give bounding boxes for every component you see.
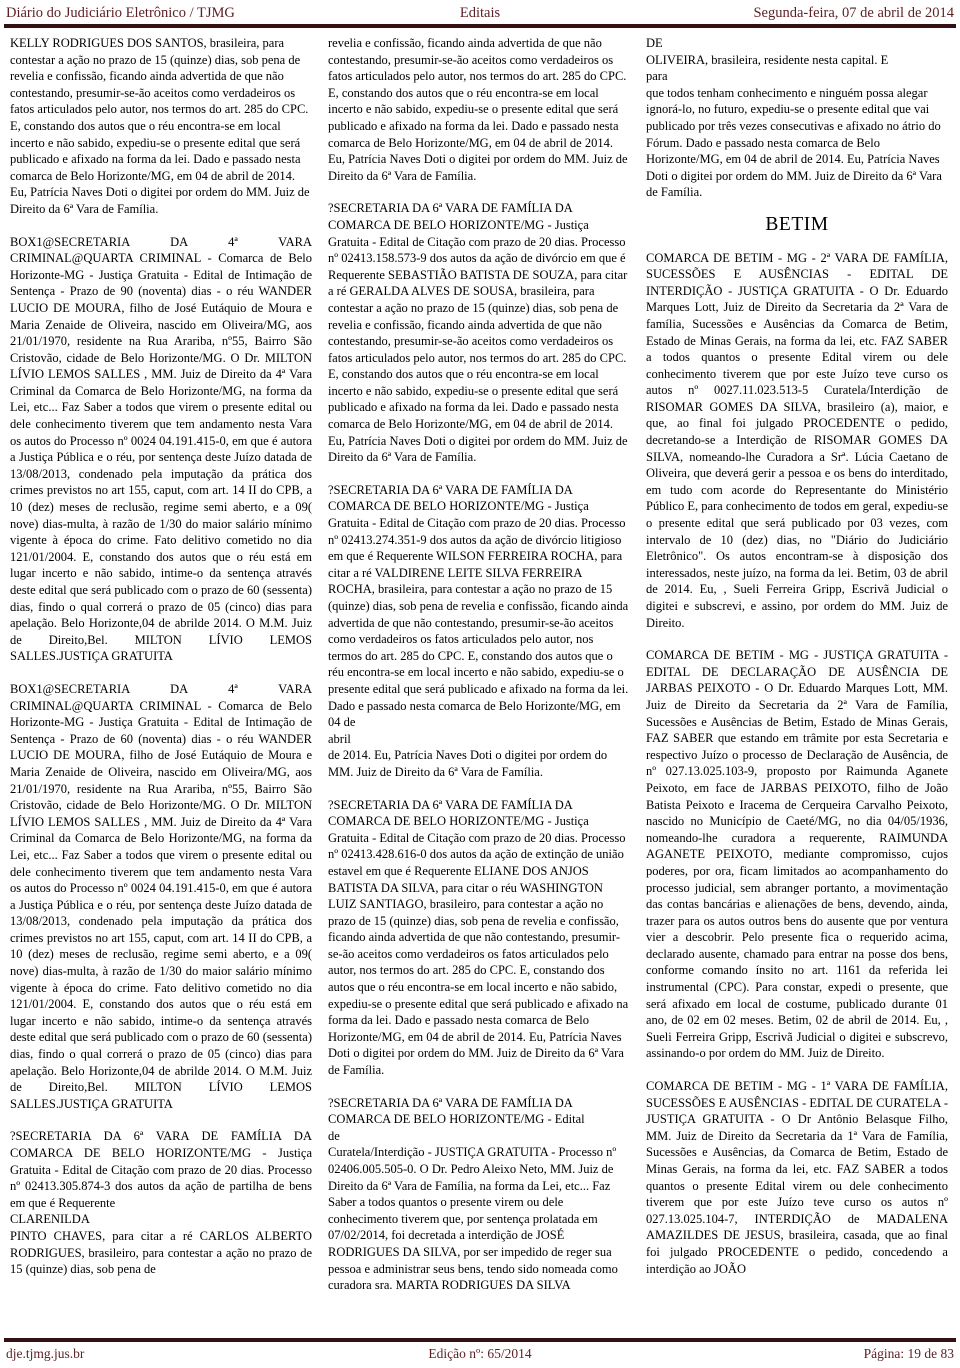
edital-text-block: revelia e confissão, ficando ainda adver… <box>328 35 630 184</box>
edital-text-block: ?SECRETARIA DA 6ª VARA DE FAMÍLIA DA COM… <box>10 1128 312 1277</box>
edital-text-block: ?SECRETARIA DA 6ª VARA DE FAMÍLIA DA COM… <box>328 797 630 1079</box>
edital-text-block: ?SECRETARIA DA 6ª VARA DE FAMÍLIA DA COM… <box>328 200 630 466</box>
edital-text-block: COMARCA DE BETIM - MG - 1ª VARA DE FAMÍL… <box>646 1078 948 1277</box>
page-number: Página: 19 de 83 <box>575 1346 954 1362</box>
edital-text-block: KELLY RODRIGUES DOS SANTOS, brasileira, … <box>10 35 312 218</box>
edital-text-block: ?SECRETARIA DA 6ª VARA DE FAMÍLIA DA COM… <box>328 1095 630 1294</box>
gazette-page: Diário do Judiciário Eletrônico / TJMG E… <box>0 0 960 1368</box>
edital-text-block: ?SECRETARIA DA 6ª VARA DE FAMÍLIA DA COM… <box>328 482 630 781</box>
text-column-3: DE OLIVEIRA, brasileira, residente nesta… <box>646 35 948 1328</box>
city-section-heading: BETIM <box>646 217 948 234</box>
gazette-title: Diário do Judiciário Eletrônico / TJMG <box>6 5 385 22</box>
site-url: dje.tjmg.jus.br <box>6 1346 385 1362</box>
page-footer: dje.tjmg.jus.br Edição nº: 65/2014 Págin… <box>0 1338 960 1368</box>
edital-text-block: DE OLIVEIRA, brasileira, residente nesta… <box>646 35 948 201</box>
edital-text-block: BOX1@SECRETARIA DA 4ª VARA CRIMINAL@QUAR… <box>10 234 312 665</box>
edital-text-block: BOX1@SECRETARIA DA 4ª VARA CRIMINAL@QUAR… <box>10 681 312 1112</box>
text-column-2: revelia e confissão, ficando ainda adver… <box>328 35 630 1328</box>
edital-text-block: COMARCA DE BETIM - MG - 2ª VARA DE FAMÍL… <box>646 250 948 632</box>
edition-number: Edição nº: 65/2014 <box>385 1346 575 1362</box>
editais-body: KELLY RODRIGUES DOS SANTOS, brasileira, … <box>0 28 960 1328</box>
section-name: Editais <box>385 5 575 22</box>
edital-text-block: COMARCA DE BETIM - MG - JUSTIÇA GRATUITA… <box>646 647 948 1062</box>
page-header: Diário do Judiciário Eletrônico / TJMG E… <box>0 0 960 24</box>
text-column-1: KELLY RODRIGUES DOS SANTOS, brasileira, … <box>10 35 312 1328</box>
issue-date: Segunda-feira, 07 de abril de 2014 <box>575 5 954 22</box>
